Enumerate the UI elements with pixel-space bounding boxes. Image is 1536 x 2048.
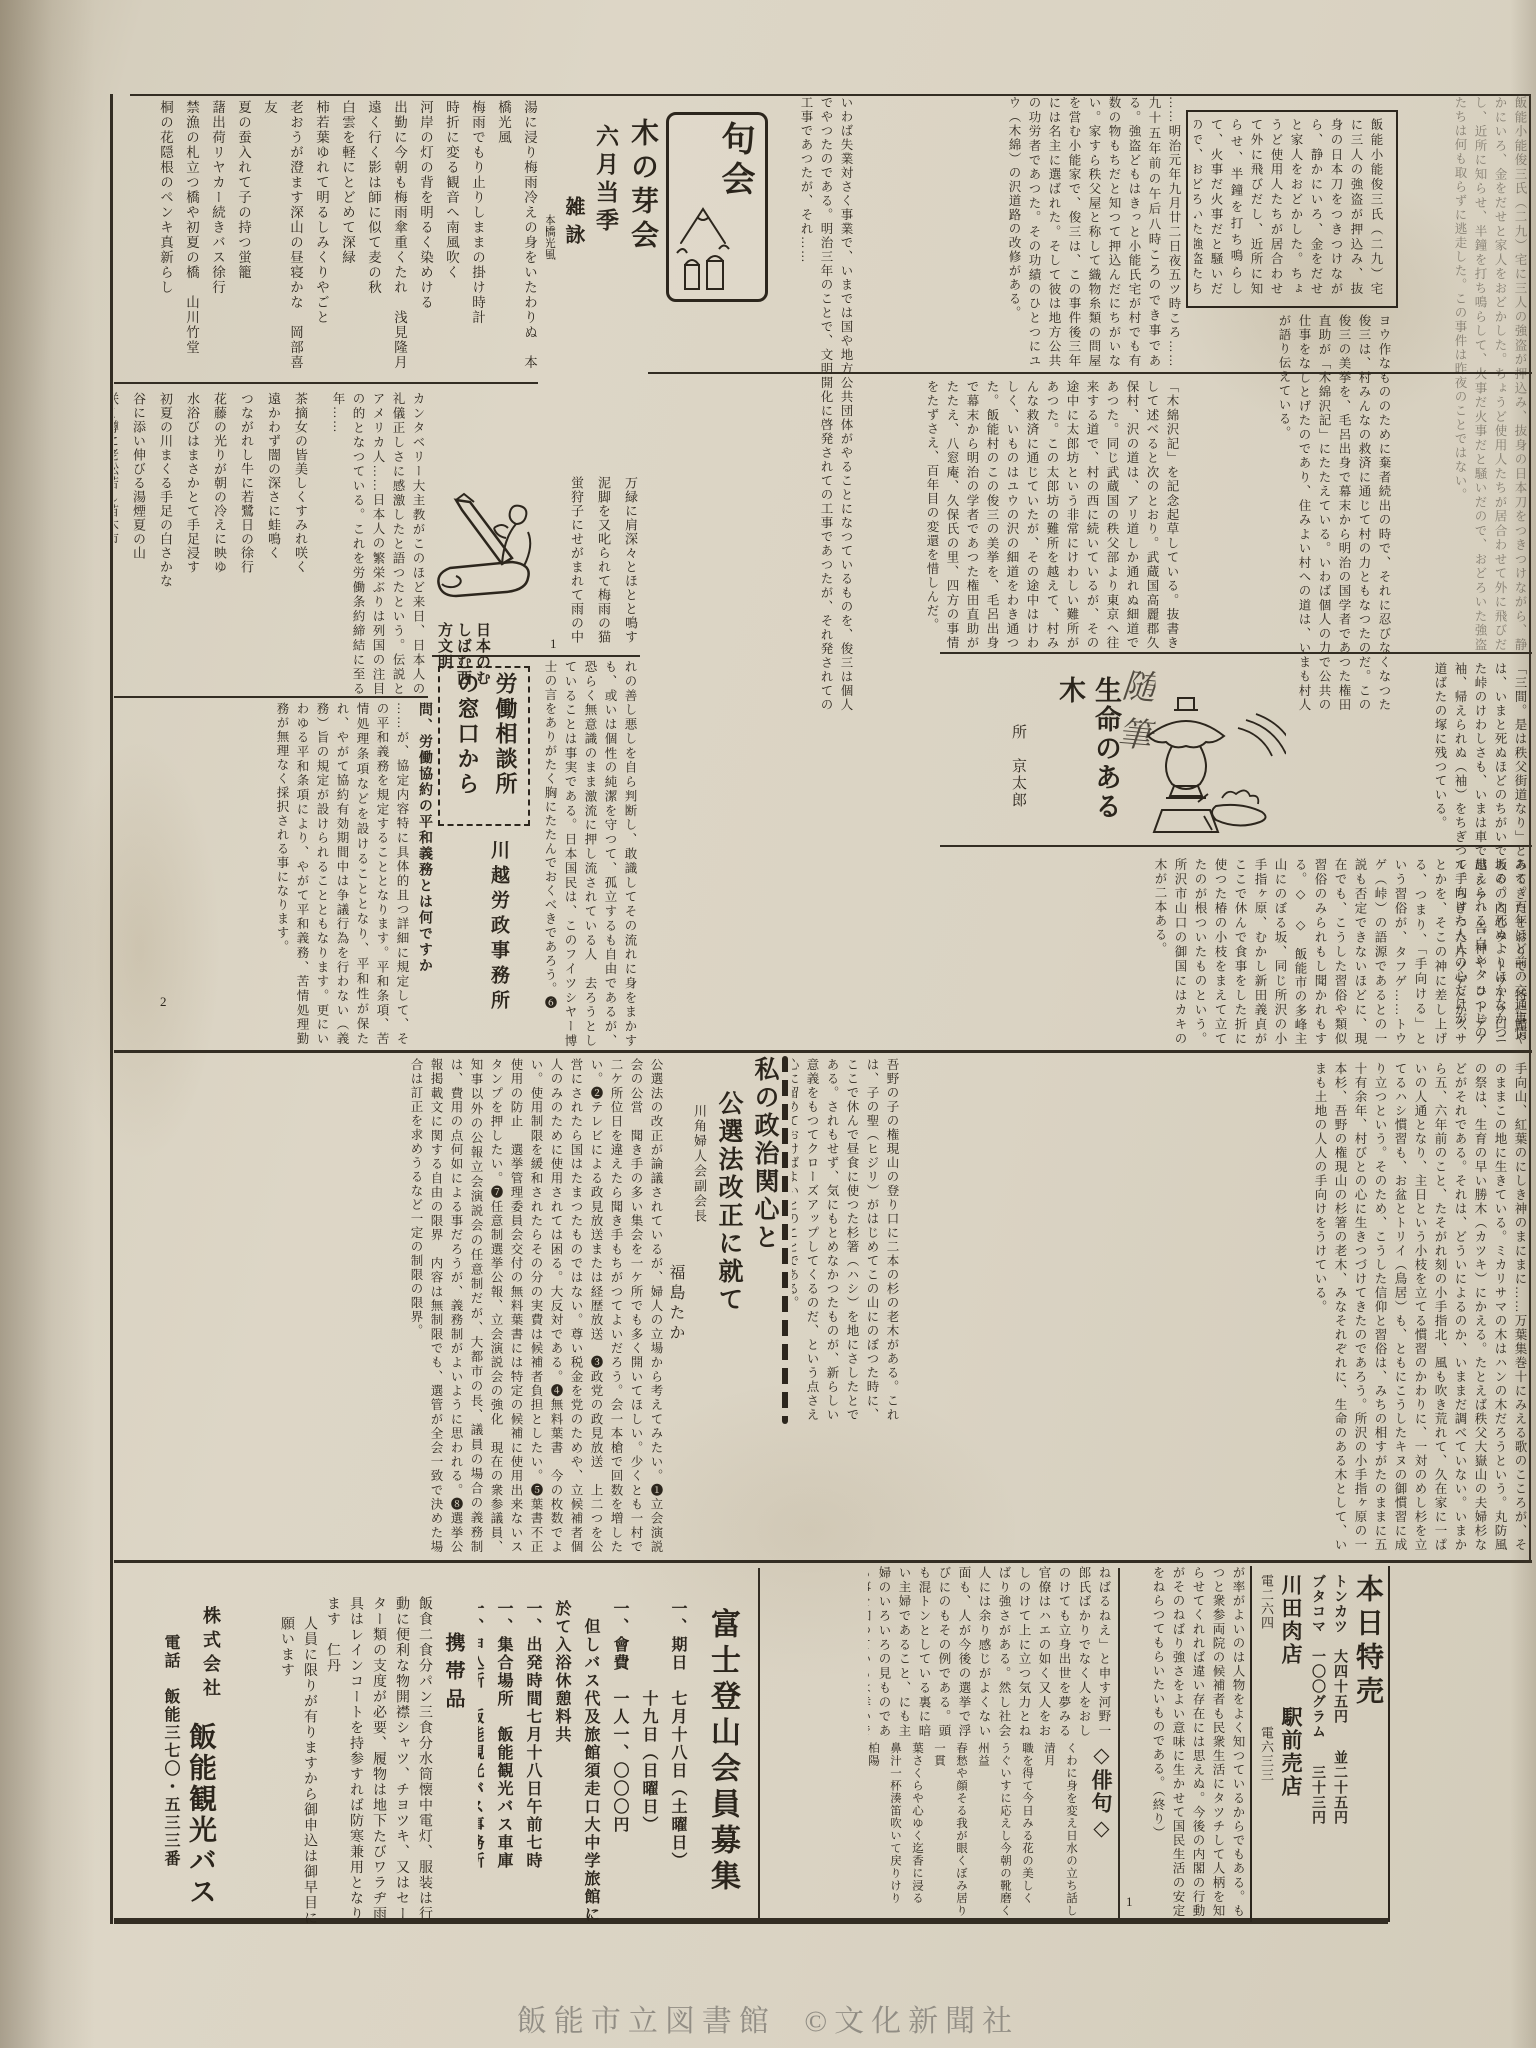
bus-company-name: 飯能観光バス (176, 1722, 220, 1922)
list-item: 初夏の川まくる手足の白さかな (152, 392, 179, 696)
page-marker: 2 (160, 994, 167, 1010)
list-item: 万緑に肩深々とほとと鳴す (617, 476, 644, 676)
list-item: 禁漁の札立つ橋や初夏の橋 山川竹堂 (178, 100, 204, 378)
politics-title-2: 公選法改正に就て (710, 1056, 746, 1390)
bus-company-prefix: 株式会社 (190, 1606, 224, 1726)
bus-company-phone: 電話 飯能三七〇・五三三番 (152, 1634, 182, 1904)
essay-author: 所 京太郎 (1008, 724, 1029, 844)
labor-answer: ……が、協定内容特に具体的且つ詳細に規定して、その平和義務を規定することとなりま… (272, 702, 412, 1046)
politics-tail-a: ねばるねえ」と申す河野一郎氏ばかりでなく人をおしのけても立身出世を夢みる官僚はハ… (868, 1566, 1114, 1738)
stamp-label: 句会 (710, 121, 759, 201)
labor-box-title-1: 労働相談所 (486, 672, 524, 818)
labor-consult-box: 労働相談所 の窓口から (438, 666, 530, 826)
list-item: 水浴びはまさかとて手足浸す (179, 392, 206, 696)
list-item: 夏の蚕入れて子の持つ蛍籠 (230, 100, 256, 378)
rule (110, 94, 113, 1924)
robbery-article-lead-box: 飯能小能俊三氏（二九）宅に三人の強盗が押込み、抜身の日本刀をつきつけながら、静か… (1186, 110, 1398, 308)
politics-byline-org: 川角婦人会副会長 (688, 1056, 710, 1390)
haiku-club-stamp: 句会 (666, 112, 768, 302)
canterbury-column: カンタベリー大主教がこのほど来日、日本人の礼儀正しさに感激したと語つたという。伝… (320, 392, 428, 696)
robbery-article-body: ……明治元年九月廿二日夜五ツ時ころ……九十五年前の午后八時ころのでき事である。強… (860, 96, 1184, 368)
list-item: 茶摘女の皆美しくすみれ咲く (287, 392, 314, 696)
list-item: 春愁や顔そる我が眼くぼみ居り 一貫 (928, 1742, 972, 1922)
list-item: 白雲を軽にとどめて深緑 (334, 100, 360, 378)
list-item: 河岸の灯の背を明るく染めける (412, 100, 438, 378)
essay-title: 生命のある木 (1052, 676, 1124, 846)
list-item: 梅雨でもり止りしままの掛け時計 (464, 100, 490, 378)
list-item: 蛍狩子にせがまれて雨の中 (563, 476, 590, 676)
list-item: 遠く行く影は師に似て麦の秋 (360, 100, 386, 378)
essay-body-three: 手向山、紅葉のにしき神のまにまに……万葉集巻十にみえる歌のこころが、そのままこの… (905, 1062, 1530, 1552)
list-item: 花藤の光りが朝の冷えに映ゆ (206, 392, 233, 696)
list-item: 出勤に今朝も梅雨傘重くたれ 浅見隆月 (386, 100, 412, 378)
list-item: 一、集合場所 飯能観光バス車庫 (489, 1600, 518, 1930)
politics-article-body: 公選法の改正が論議されているが、婦人の立場から考えてみたい。❶立会演説会の公営 … (114, 1058, 666, 1554)
labor-question: 問、労働協約の平和義務とは何ですか (412, 702, 436, 1046)
list-item: 柿若葉ゆれて明るしみくりやごと (308, 100, 334, 378)
meat-item1-sub: 並二十五円 (1332, 1750, 1347, 1825)
list-item: 葉さくらや心ゆく迄香に浸る (906, 1742, 928, 1922)
robbery-article-lead: 飯能小能俊三氏（二九）宅に三人の強盗が押込み、抜身の日本刀をつきつけながら、静か… (1194, 118, 1386, 296)
fuji-ad-title: 富士登山会員募集 (698, 1608, 744, 1918)
meat-ad-stores: 川田肉店駅前売店 (1276, 1574, 1306, 1914)
haiku-column-group-a: 湯に浸り梅雨冷えの身をいたわりぬ 本橋光風梅雨でもり止りしままの掛け時計時折に変… (114, 100, 542, 378)
pencil-cartoon-icon (432, 480, 550, 620)
meat-ad-box: 本日特売 トンカツ 大四十五円並二十五円 ブタコマ 一〇〇グラム三十三円 川田肉… (1250, 1566, 1390, 1922)
mokumensawa-article-body: 「木綿沢記」を記念起草している。抜書きして述べると次のとおり。武蔵国高麗郡久保村… (648, 380, 1182, 650)
list-item: 職を得て今日みる花の美しく (1016, 1742, 1038, 1922)
politics-byline-name: 福島たか (670, 1056, 688, 1390)
kinome-season: 六月当季 (588, 118, 622, 384)
list-item: 一、期日 七月十八日（土曜日） (663, 1600, 692, 1930)
labor-box-title-2: の窓口から (448, 672, 486, 818)
politics-title-1: 私の政治関心と (746, 1056, 782, 1390)
wavy-divider (782, 1056, 788, 1424)
list-item: 十九日（日曜日） (634, 1600, 663, 1930)
meat-item2-sub: 三十三円 (1310, 1765, 1325, 1825)
oil-lamp-illustration-icon (1118, 694, 1286, 846)
bus-ad-text: 飯食二食分パン三食分水筒懐中電灯、服装は行動に便利な物開襟シャツ、チヨツキ、又は… (321, 1596, 436, 1926)
list-item: 藷出荷リヤカー続きバス徐行 (204, 100, 230, 378)
page-marker: 1 (550, 636, 557, 652)
kinome-genre: 雑詠 (558, 118, 588, 384)
fuji-ad-details: 一、期日 七月十八日（土曜日） 十九日（日曜日）一、會費 一人一、〇〇〇円 但し… (478, 1600, 692, 1930)
article-lead-faded-column: 飯能小能俊三氏（二九）宅に三人の強盗が押込み、抜身の日本刀をつきつけながら、静か… (1400, 96, 1530, 652)
haiku-corner-entries: くわに身を変え日水の立ち話し 清月職を得て今日みる花の美しくうぐいすに応えし今朝… (866, 1742, 1082, 1922)
bus-ad-header: 携帯品 (436, 1596, 470, 1926)
list-item: 一、出発時間七月十八日午前七時 (518, 1600, 547, 1930)
stamp-sketch-icon (673, 203, 735, 295)
labor-office-name: 川越労政事務所 (452, 840, 512, 1052)
list-item: くわに身を変え日水の立ち話し 清月 (1038, 1742, 1082, 1922)
politics-headline-group: 私の政治関心と 公選法改正に就て 川角婦人会副会長 福島たか (670, 1056, 782, 1390)
footer-credit: 飯能市立図書館 ©文化新聞社 (0, 1996, 1536, 2040)
list-item: うぐいすに応えし今朝の靴磨く 州益 (972, 1742, 1016, 1922)
list-item: 湯に浸り梅雨冷えの身をいたわりぬ 本橋光風 (490, 100, 542, 378)
essay-body-main: みてきたとおりで、特に鯖や坂のの内心ヲ、トウトウ口ニ出シテ、告白シタコトデアル。… (940, 858, 1530, 1046)
copyright-credit: ©文化新聞社 (804, 2005, 1019, 2038)
meat-ad-item1: トンカツ 大四十五円並二十五円 (1328, 1574, 1350, 1914)
essay-header: 随筆 生命のある木 所 京太郎 (1000, 664, 1300, 850)
list-item: 泥脚を又叱られて梅雨の猫 (590, 476, 617, 676)
labor-box-titles: 労働相談所 の窓口から (448, 672, 524, 818)
list-item: 遠かわず闇の深さに蛙鳴く (260, 392, 287, 696)
rule (114, 1050, 1532, 1053)
list-item: 桐の花隠根のペンキ真新らし (152, 100, 178, 378)
list-item: 一、會費 一人一、〇〇〇円 (605, 1600, 634, 1930)
library-credit: 飯能市立図書館 (517, 2005, 776, 2038)
list-item: 谷に添い伸びる湯煙夏の山 (125, 392, 152, 696)
rule (114, 1560, 1532, 1563)
meat-ad-columns: 本日特売 トンカツ 大四十五円並二十五円 ブタコマ 一〇〇グラム三十三円 川田肉… (1256, 1574, 1384, 1914)
politics-tail-b: が率がよいのは人物をよく知つているからでもある。もつと衆参両院の候補者も民衆生活… (1122, 1566, 1248, 1918)
list-item: つながれし牛に若鷺日の徐行 (233, 392, 260, 696)
rule (114, 382, 538, 384)
rule (758, 1568, 760, 1920)
newspaper-page: 飯能小能俊三氏（二九）宅に三人の強盗が押込み、抜身の日本刀をつきつけながら、静か… (0, 0, 1536, 2048)
list-item: 老おうが澄ます深山の昼寝かな 岡部喜友 (256, 100, 308, 378)
bus-ad-note: 人員に限りが有りますから御申込は御早目に願います (275, 1596, 321, 1926)
list-item: 咲く噂に老松若し苗木市 (114, 392, 125, 696)
meat-item2-main: ブタコマ 一〇〇グラム (1310, 1574, 1325, 1739)
list-item: 時折に変る観音へ南風吹く (438, 100, 464, 378)
page-marker: 1 (1126, 1894, 1133, 1910)
meat-store2-tel: 電六三三 (1259, 1726, 1274, 1782)
kinome-selector: 本橋光風 (546, 118, 558, 384)
essay-body-two: 吾野の子の権現山の登り口に二本の杉の老木がある。これは、子の聖（ヒジリ）がはじめ… (792, 1058, 902, 1422)
rule (1118, 1568, 1120, 1920)
meat-store1: 川田肉店 (1279, 1574, 1303, 1666)
list-item: 鼻汁一杯湊笛吹いて戻りけり 柏陽 (866, 1742, 906, 1922)
haiku-column-group-b: 茶摘女の皆美しくすみれ咲く遠かわず闇の深さに蛙鳴くつながれし牛に若鷺日の徐行花藤… (114, 392, 314, 696)
meat-store2: 駅前売店 (1279, 1706, 1303, 1798)
list-item: 一、申込所 飯能観光バス事務所 (478, 1600, 489, 1930)
labor-column-right: れの善し悪しを自ら判断し、敢識してその流れに身をまかすも、或いは個性の純潔を守つ… (528, 660, 640, 1048)
bus-ad-body: 携帯品 飯食二食分パン三食分水筒懐中電灯、服装は行動に便利な物開襟シャツ、チヨツ… (256, 1596, 470, 1926)
robbery-article-continuation: ヨウ作なもののために棄者続出の時で、それに忍びなくなつた俊三は、村みんなの救済に… (1188, 314, 1394, 712)
meat-item1-main: トンカツ 大四十五円 (1332, 1574, 1347, 1724)
kinome-headline-group: 木の芽会 六月当季 雑詠 本橋光風 (546, 118, 662, 384)
haiku-corner-title: ◇俳句◇ (1086, 1742, 1116, 1922)
list-item: 但しバス代及旅館須走口大中学旅館に於て入浴休憩料共 (547, 1600, 605, 1930)
kinome-title: 木の芽会 (622, 118, 662, 384)
meat-ad-title: 本日特売 (1350, 1574, 1384, 1914)
cartoon-haiku-columns: 万緑に肩深々とほとと鳴す泥脚を又叱られて梅雨の猫蛍狩子にせがまれて雨の中 (558, 476, 644, 676)
meat-ad-phones: 電二六四電六三三 (1256, 1574, 1276, 1914)
meat-ad-item2: ブタコマ 一〇〇グラム三十三円 (1306, 1574, 1328, 1914)
rule (114, 696, 428, 698)
meat-store1-tel: 電二六四 (1259, 1574, 1274, 1630)
